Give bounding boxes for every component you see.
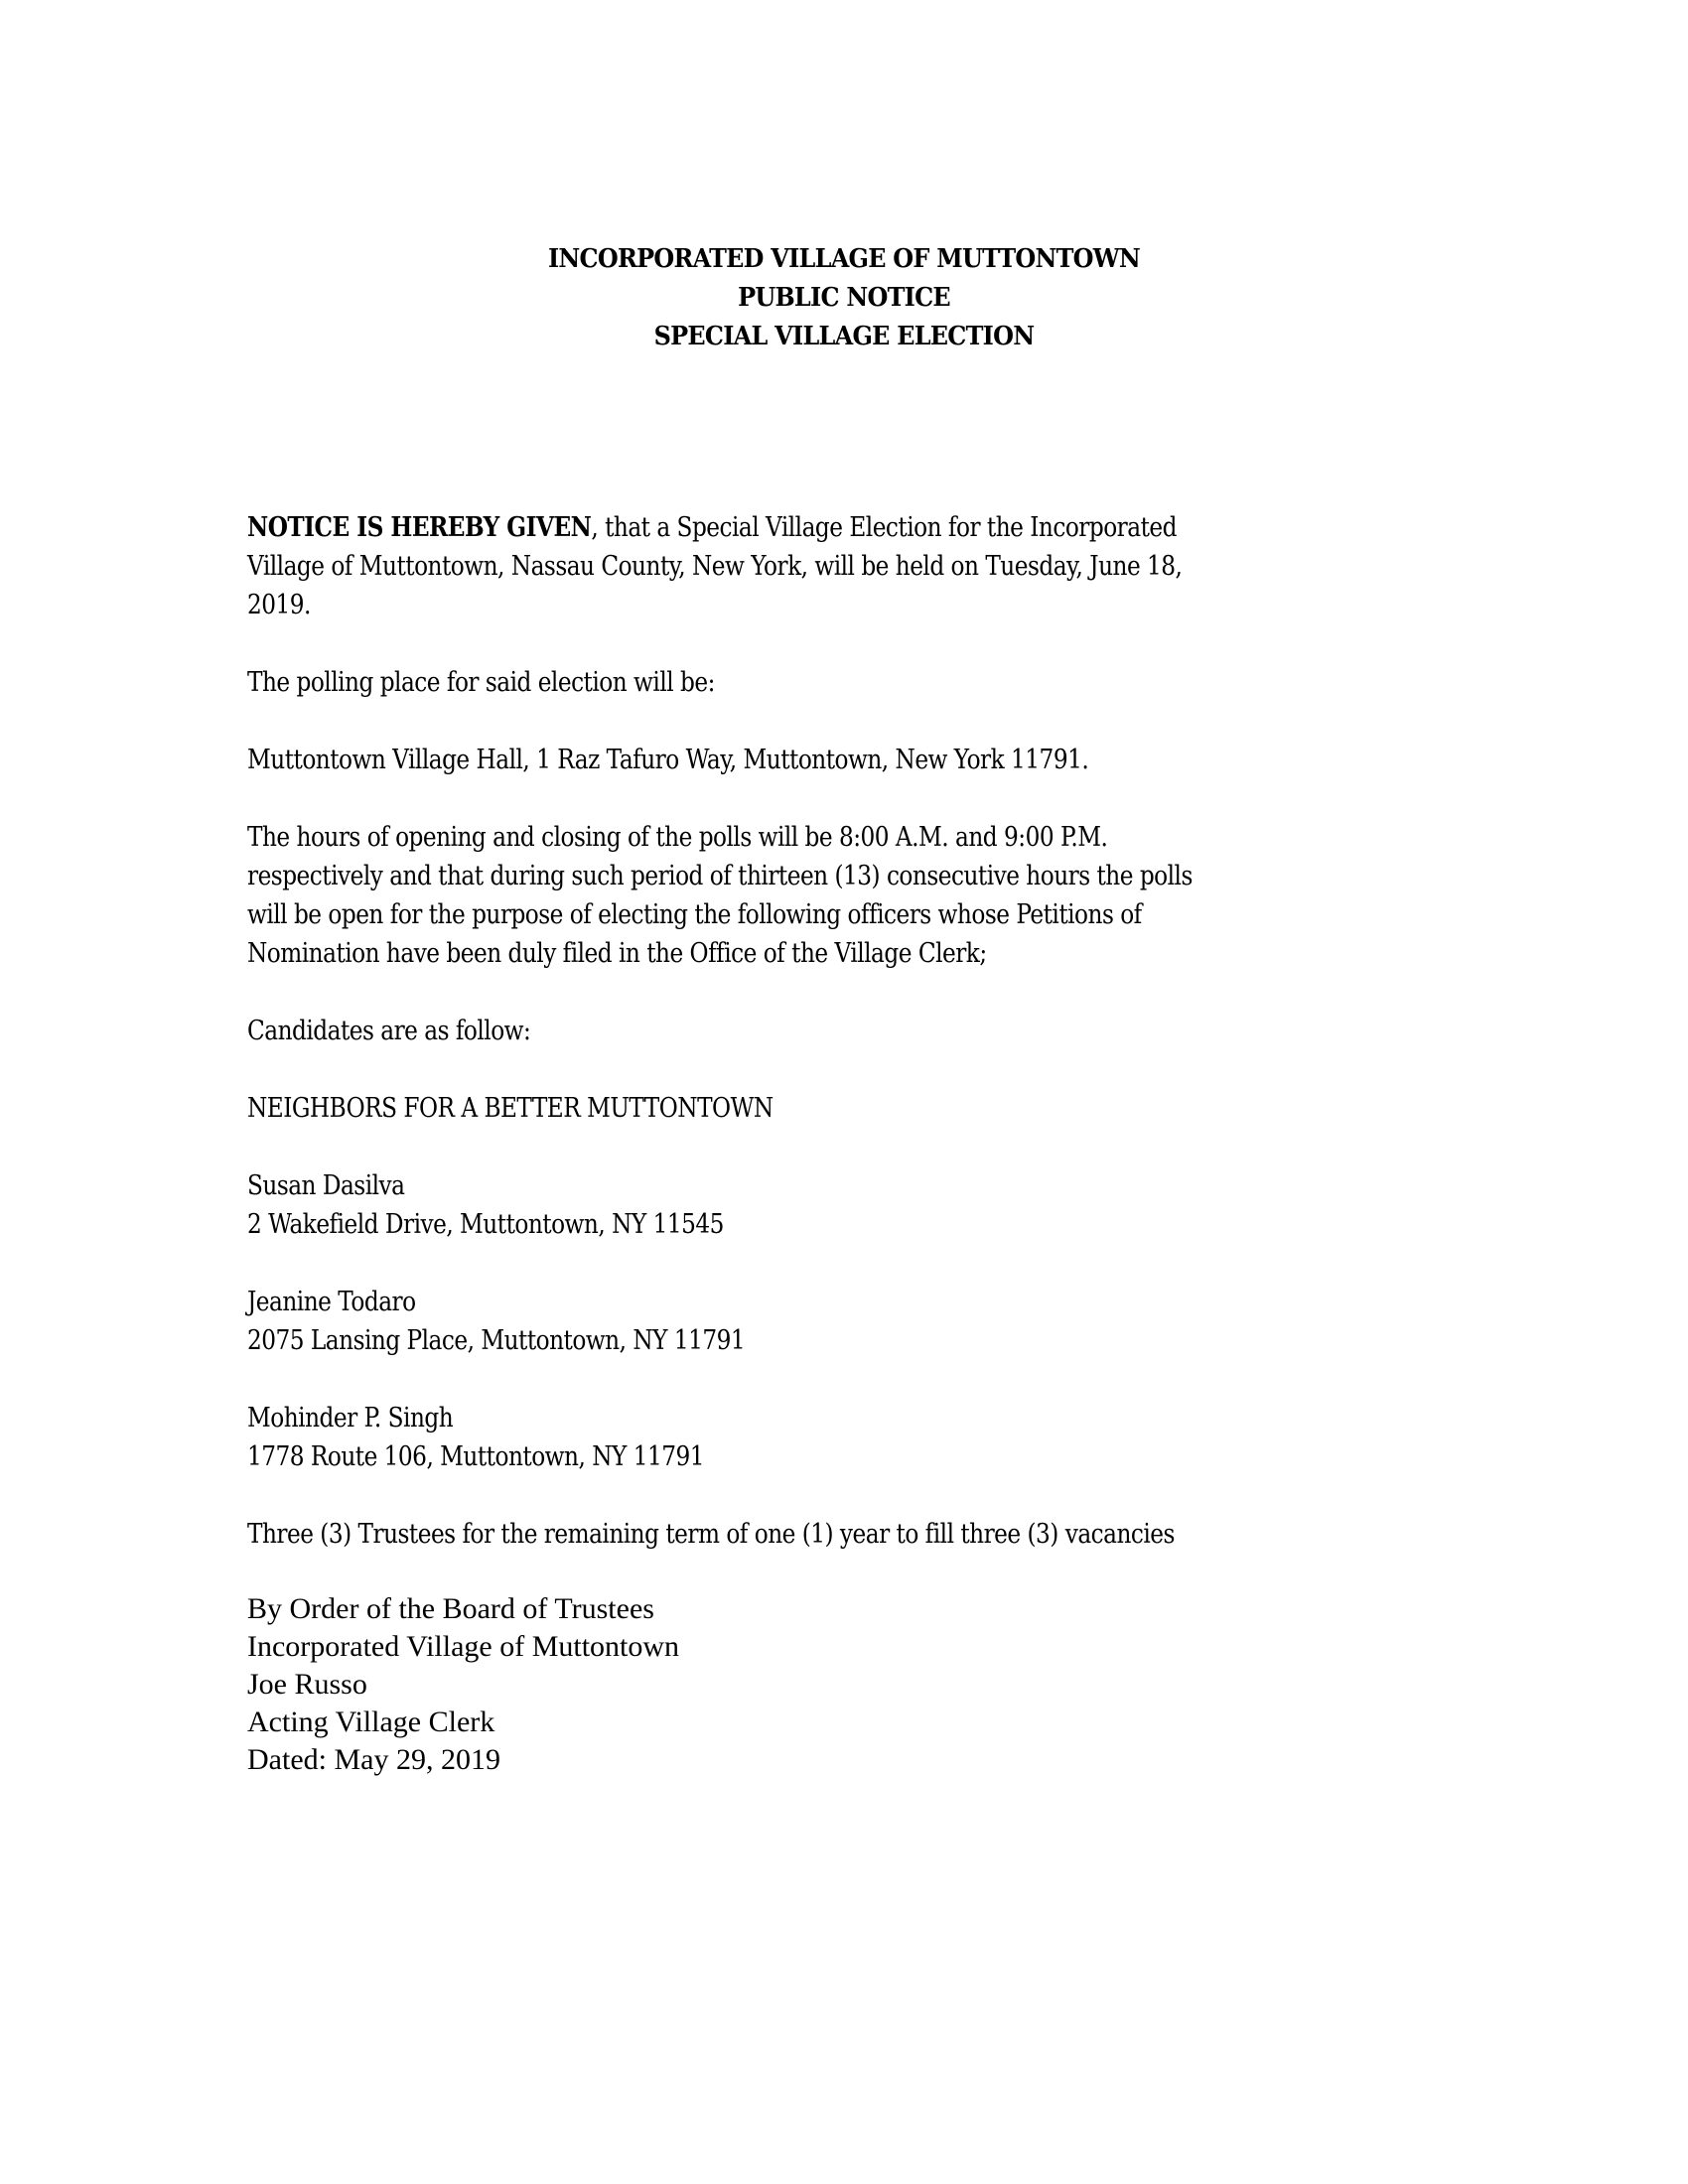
party-name: NEIGHBORS FOR A BETTER MUTTONTOWN: [247, 1089, 774, 1128]
notice-lead: NOTICE IS HEREBY GIVEN: [247, 512, 591, 543]
header-public-notice: PUBLIC NOTICE: [68, 279, 1620, 318]
hours-paragraph: The hours of opening and closing of the …: [247, 818, 1193, 973]
signature-date: Dated: May 29, 2019: [247, 1741, 679, 1779]
notice-line-1-text: , that a Special Village Election for th…: [591, 512, 1177, 543]
hours-line: will be open for the purpose of electing…: [247, 895, 1193, 934]
notice-line-3: 2019.: [247, 586, 1182, 624]
candidate-entry: Susan Dasilva 2 Wakefield Drive, Muttont…: [247, 1166, 724, 1244]
offices-statement: Three (3) Trustees for the remaining ter…: [247, 1515, 1175, 1554]
candidate-entry: Jeanine Todaro 2075 Lansing Place, Mutto…: [247, 1283, 745, 1360]
candidate-address: 2 Wakefield Drive, Muttontown, NY 11545: [247, 1205, 724, 1244]
hours-line: Nomination have been duly filed in the O…: [247, 934, 1193, 973]
document-header: INCORPORATED VILLAGE OF MUTTONTOWN PUBLI…: [68, 240, 1620, 356]
hours-line: The hours of opening and closing of the …: [247, 818, 1193, 857]
polling-intro: The polling place for said election will…: [247, 663, 715, 702]
signature-block: By Order of the Board of Trustees Incorp…: [247, 1590, 679, 1779]
candidates-intro: Candidates are as follow:: [247, 1012, 530, 1050]
signature-line: By Order of the Board of Trustees: [247, 1590, 679, 1628]
header-election-title: SPECIAL VILLAGE ELECTION: [68, 318, 1620, 356]
notice-paragraph: NOTICE IS HEREBY GIVEN, that a Special V…: [247, 508, 1182, 624]
candidate-name: Jeanine Todaro: [247, 1283, 745, 1321]
signature-line: Incorporated Village of Muttontown: [247, 1628, 679, 1666]
candidate-address: 1778 Route 106, Muttontown, NY 11791: [247, 1437, 704, 1476]
document-page: INCORPORATED VILLAGE OF MUTTONTOWN PUBLI…: [0, 0, 1688, 2184]
candidate-address: 2075 Lansing Place, Muttontown, NY 11791: [247, 1321, 745, 1360]
notice-line-1: NOTICE IS HEREBY GIVEN, that a Special V…: [247, 508, 1182, 547]
candidate-entry: Mohinder P. Singh 1778 Route 106, Mutton…: [247, 1399, 704, 1476]
signature-clerk-name: Joe Russo: [247, 1666, 679, 1704]
candidate-name: Mohinder P. Singh: [247, 1399, 704, 1437]
signature-clerk-title: Acting Village Clerk: [247, 1704, 679, 1741]
candidate-name: Susan Dasilva: [247, 1166, 724, 1205]
hours-line: respectively and that during such period…: [247, 857, 1193, 895]
polling-location: Muttontown Village Hall, 1 Raz Tafuro Wa…: [247, 741, 1088, 779]
notice-line-2: Village of Muttontown, Nassau County, Ne…: [247, 547, 1182, 586]
header-village-name: INCORPORATED VILLAGE OF MUTTONTOWN: [68, 240, 1620, 279]
